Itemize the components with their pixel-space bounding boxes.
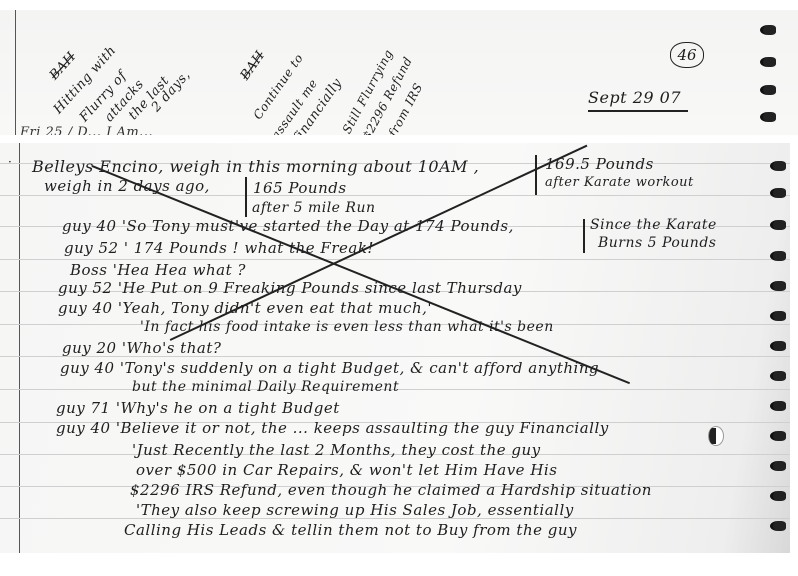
entry-line: Belleys Encino, weigh in this morning ab… bbox=[32, 157, 479, 176]
entry-line: guy 40 'Believe it or not, the ... keeps… bbox=[56, 419, 609, 437]
cutoff-line: Fri 25 / D... I Am... bbox=[20, 125, 153, 135]
binder-ring bbox=[770, 251, 786, 261]
struck-word: BAH bbox=[47, 49, 79, 83]
top-paper-strip: BAH Hitting with Flurry of attacks the l… bbox=[0, 10, 798, 135]
binder-ring bbox=[770, 281, 786, 291]
side-note: 165 Pounds bbox=[253, 179, 347, 197]
page-number: 46 bbox=[670, 42, 704, 68]
binder-ring bbox=[770, 188, 786, 198]
bullet: · bbox=[8, 155, 12, 169]
entry-line: guy 71 'Why's he on a tight Budget bbox=[56, 399, 340, 417]
binder-ring bbox=[770, 461, 786, 471]
entry-line: guy 40 'Yeah, Tony didn't even eat that … bbox=[58, 299, 432, 317]
entry-line: 'They also keep screwing up His Sales Jo… bbox=[136, 501, 574, 519]
bracket bbox=[583, 219, 585, 253]
binder-ring bbox=[760, 85, 776, 95]
binder-ring bbox=[760, 25, 776, 35]
side-note: Since the Karate bbox=[590, 217, 717, 233]
margin-line bbox=[15, 10, 16, 135]
entry-line: guy 40 'Tony's suddenly on a tight Budge… bbox=[60, 359, 599, 377]
binder-ring bbox=[770, 521, 786, 531]
entry-line: guy 52 ' 174 Pounds ! what the Freak! bbox=[64, 239, 374, 257]
entry-line: but the minimal Daily Requirement bbox=[132, 379, 399, 395]
entry-line: guy 20 'Who's that? bbox=[62, 339, 221, 357]
entry-date: Sept 29 07 bbox=[588, 88, 681, 107]
binder-ring bbox=[770, 341, 786, 351]
punch-hole bbox=[708, 426, 724, 446]
side-note: after 5 mile Run bbox=[252, 200, 375, 216]
bracket bbox=[245, 177, 247, 217]
bracket bbox=[535, 155, 537, 195]
struck-word: BAH bbox=[238, 48, 269, 83]
binder-ring bbox=[760, 112, 776, 122]
binder-ring bbox=[770, 220, 786, 230]
side-note: after Karate workout bbox=[545, 175, 694, 190]
main-notebook-page: · Belleys Encino, weigh in this morning … bbox=[0, 143, 790, 553]
side-note: Burns 5 Pounds bbox=[598, 235, 716, 251]
binder-ring bbox=[770, 311, 786, 321]
entry-line: Boss 'Hea Hea what ? bbox=[70, 261, 246, 279]
entry-line: $2296 IRS Refund, even though he claimed… bbox=[130, 481, 652, 499]
binder-ring bbox=[770, 371, 786, 381]
margin-line bbox=[19, 143, 20, 553]
entry-line: 'Just Recently the last 2 Months, they c… bbox=[132, 441, 541, 459]
binder-ring bbox=[770, 161, 786, 171]
entry-line: over $500 in Car Repairs, & won't let Hi… bbox=[136, 461, 557, 479]
binder-ring bbox=[770, 431, 786, 441]
entry-line: Calling His Leads & tellin them not to B… bbox=[124, 521, 577, 539]
entry-line: guy 40 'So Tony must've started the Day … bbox=[62, 217, 514, 235]
binder-ring bbox=[770, 491, 786, 501]
binder-ring bbox=[770, 401, 786, 411]
date-underline bbox=[588, 110, 688, 112]
binder-ring bbox=[760, 57, 776, 67]
